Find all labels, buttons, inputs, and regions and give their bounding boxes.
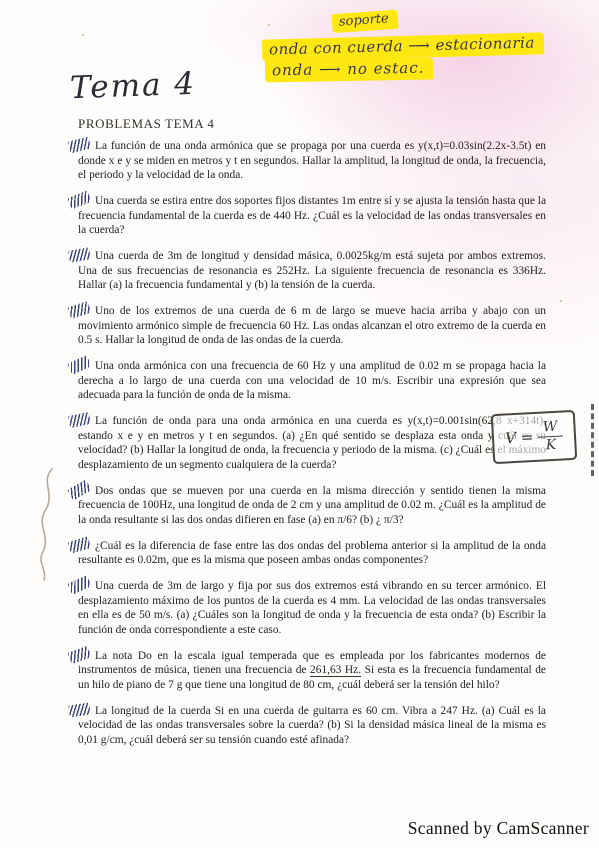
note-insert-text: soporte	[339, 11, 390, 29]
problem-3: Una cuerda de 3m de longitud y densidad …	[78, 249, 546, 293]
problem-8: ¿Cuál es la diferencia de fase entre las…	[78, 539, 546, 568]
scan-speckle	[268, 24, 270, 26]
problem-text: ¿Cuál es la diferencia de fase entre las…	[78, 540, 546, 567]
formula-numerator: W	[538, 419, 563, 437]
scanned-document-page: soporte onda con cuerda ⟶ estacionaria o…	[0, 0, 599, 848]
formula-denominator: K	[545, 436, 556, 452]
problem-number-scribble	[67, 479, 91, 500]
problem-2: Una cuerda se estira entre dos soportes …	[78, 194, 546, 238]
underlined-frequency-value: 261,63 Hz.	[310, 664, 361, 677]
problem-text: Una cuerda se estira entre dos soportes …	[78, 195, 546, 236]
problem-text: Uno de los extremos de una cuerda de 6 m…	[78, 305, 546, 346]
page-title: PROBLEMAS TEMA 4	[78, 116, 215, 132]
problem-text: La función de onda para una onda armónic…	[78, 415, 546, 471]
problem-1: La función de una onda armónica que se p…	[78, 139, 546, 183]
problem-6: La función de onda para una onda armónic…	[78, 414, 546, 472]
problem-9: Una cuerda de 3m de largo y fija por sus…	[78, 579, 546, 637]
problem-number-scribble	[68, 536, 91, 553]
note-line2-text: onda ⟶ no estac.	[272, 59, 425, 80]
problem-number-scribble	[68, 702, 90, 717]
problem-text: Dos ondas que se mueven por una cuerda e…	[78, 485, 546, 526]
problem-number-scribble	[67, 355, 91, 375]
problem-number-scribble	[68, 191, 92, 210]
formula-lhs: V =	[505, 428, 534, 447]
problem-number-scribble	[68, 645, 92, 663]
handwritten-note-insert: soporte	[331, 10, 396, 32]
problem-number-scribble	[68, 301, 92, 319]
problem-text: La longitud de la cuerda Si en una cuerd…	[78, 705, 546, 746]
problem-10: La nota Do en la escala igual temperada …	[78, 649, 546, 693]
problem-number-scribble	[68, 412, 91, 428]
scan-speckle	[82, 34, 84, 36]
problem-number-scribble	[68, 137, 91, 154]
handwritten-formula-box: V = W K	[491, 410, 578, 464]
problem-number-scribble	[68, 247, 91, 262]
camscanner-watermark: Scanned by CamScanner	[408, 818, 589, 839]
problem-11: La longitud de la cuerda Si en una cuerd…	[78, 704, 546, 748]
problem-text: Una cuerda de 3m de largo y fija por sus…	[78, 580, 546, 636]
problem-7: Dos ondas que se mueven por una cuerda e…	[78, 484, 546, 528]
formula-fraction: W K	[538, 419, 564, 453]
problem-number-scribble	[67, 575, 91, 595]
problems-list: La función de una onda armónica que se p…	[78, 139, 546, 759]
problem-text: Una cuerda de 3m de longitud y densidad …	[78, 250, 546, 291]
handwritten-note-line2: onda ⟶ no estac.	[265, 58, 432, 82]
handwritten-title: Tema 4	[69, 66, 196, 106]
problem-5: Una onda armónica con una frecuencia de …	[78, 359, 546, 403]
problem-text: La función de una onda armónica que se p…	[78, 140, 546, 181]
scan-edge-artifact	[591, 404, 594, 476]
problem-text: Una onda armónica con una frecuencia de …	[78, 360, 546, 401]
handwritten-note-line1: onda con cuerda ⟶ estacionaria	[262, 32, 542, 60]
scan-speckle	[560, 300, 562, 302]
note-line1-text: onda con cuerda ⟶ estacionaria	[269, 34, 535, 59]
margin-pencil-squiggle	[32, 466, 66, 584]
problem-4: Uno de los extremos de una cuerda de 6 m…	[78, 304, 546, 348]
